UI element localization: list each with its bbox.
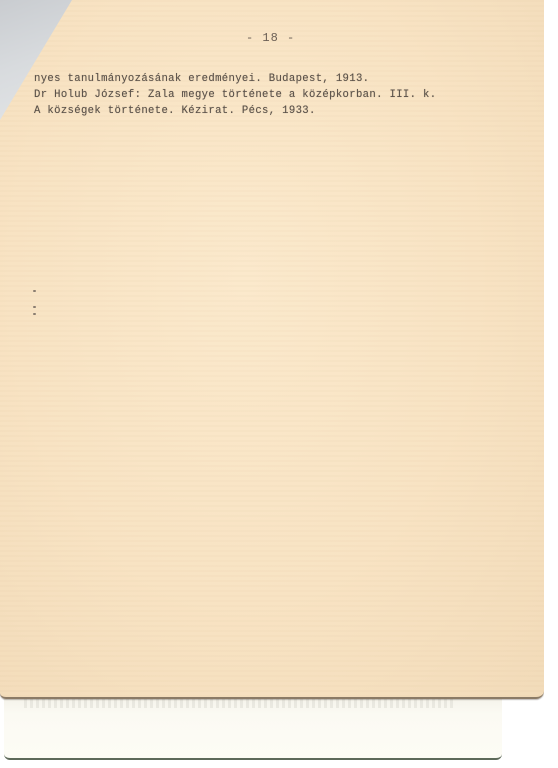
margin-dot [33, 290, 36, 292]
underlying-sheet [4, 690, 502, 760]
ink-bleed-through [24, 698, 454, 708]
scanned-document: - 18 - nyes tanulmányozásának eredményei… [0, 0, 558, 768]
margin-dot [33, 313, 36, 315]
scan-border [544, 0, 558, 768]
text-line: nyes tanulmányozásának eredményei. Budap… [34, 71, 436, 87]
text-line: A községek története. Kézirat. Pécs, 193… [34, 103, 436, 119]
bibliography-text: nyes tanulmányozásának eredményei. Budap… [34, 71, 436, 119]
document-page: - 18 - nyes tanulmányozásának eredményei… [0, 0, 544, 699]
margin-marks [33, 290, 36, 329]
text-line: Dr Holub József: Zala megye története a … [34, 87, 436, 103]
margin-dot [33, 306, 36, 308]
page-number: - 18 - [246, 31, 295, 45]
